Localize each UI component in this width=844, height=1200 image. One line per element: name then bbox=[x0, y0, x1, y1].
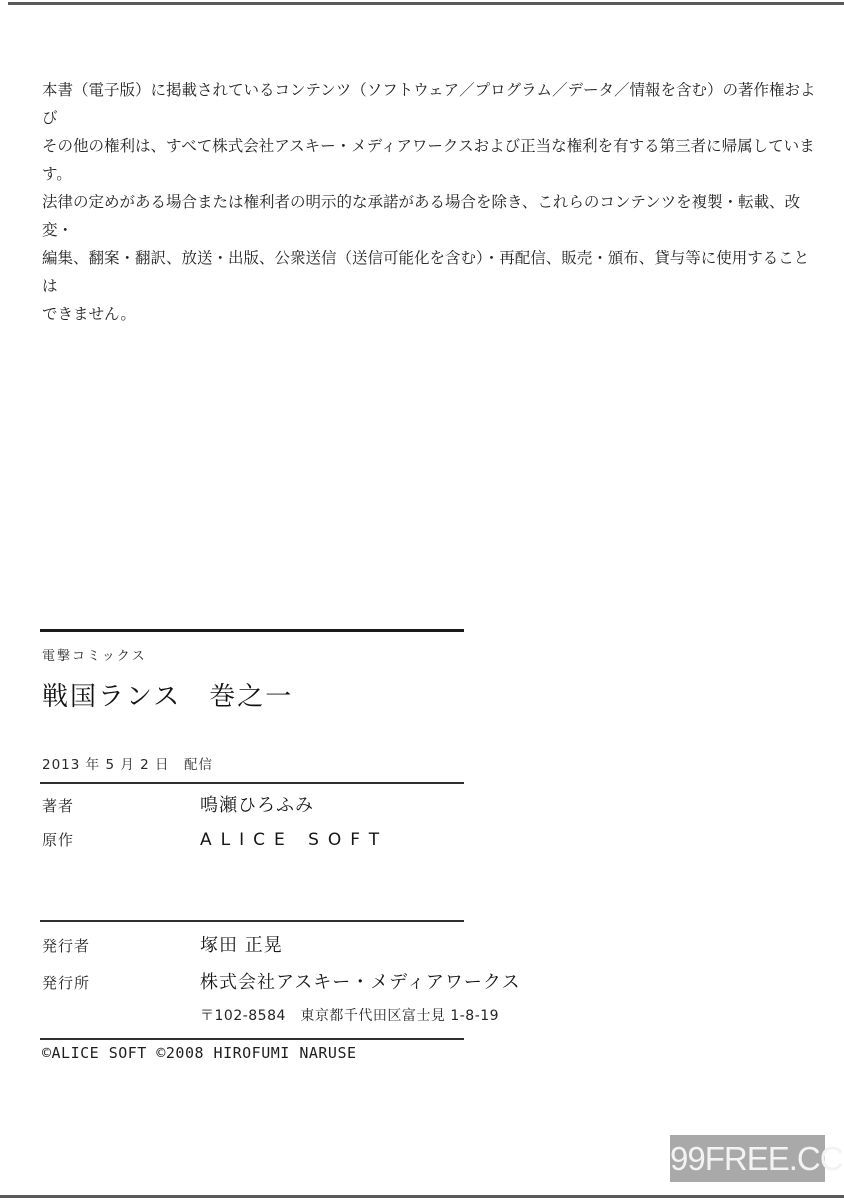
colophon-page: 本書（電子版）に掲載されているコンテンツ（ソフトウェア／プログラム／データ／情報… bbox=[0, 0, 844, 1200]
original-work-label: 原作 bbox=[42, 829, 200, 850]
publication-row-address: 〒102-8584 東京都千代田区富士見 1-8-19 bbox=[42, 1005, 562, 1025]
imprint-label: 電撃コミックス bbox=[42, 645, 147, 664]
bottom-edge-bar bbox=[0, 1195, 844, 1198]
copyright-line: ©ALICE SOFT ©2008 HIROFUMI NARUSE bbox=[42, 1044, 357, 1062]
publishing-house-value: 株式会社アスキー・メディアワークス bbox=[200, 968, 521, 994]
divider-credits bbox=[40, 782, 464, 784]
author-value: 鳴瀬ひろふみ bbox=[200, 791, 314, 817]
original-work-value: ALICE SOFT bbox=[200, 830, 388, 850]
author-label: 著者 bbox=[42, 795, 200, 816]
divider-copyright bbox=[40, 1038, 464, 1040]
divider-thick bbox=[40, 629, 464, 632]
book-title: 戦国ランス 巻之一 bbox=[42, 676, 293, 713]
divider-publication bbox=[40, 920, 464, 922]
credit-row-original-work: 原作 ALICE SOFT bbox=[42, 829, 562, 850]
copyright-notice-paragraph: 本書（電子版）に掲載されているコンテンツ（ソフトウェア／プログラム／データ／情報… bbox=[42, 76, 817, 328]
publication-row-publisher: 発行者 塚田 正晃 bbox=[42, 931, 562, 957]
credit-row-author: 著者 鳴瀬ひろふみ bbox=[42, 791, 562, 817]
top-edge-bar bbox=[8, 2, 844, 5]
publisher-address: 〒102-8584 東京都千代田区富士見 1-8-19 bbox=[200, 1005, 499, 1025]
release-date: 2013 年 5 月 2 日 配信 bbox=[42, 753, 213, 773]
publisher-value: 塚田 正晃 bbox=[200, 931, 283, 957]
publication-row-publishing-house: 発行所 株式会社アスキー・メディアワークス bbox=[42, 968, 562, 994]
watermark-badge: 99FREE.CC bbox=[670, 1135, 825, 1182]
publisher-label: 発行者 bbox=[42, 935, 200, 956]
publishing-house-label: 発行所 bbox=[42, 972, 200, 993]
